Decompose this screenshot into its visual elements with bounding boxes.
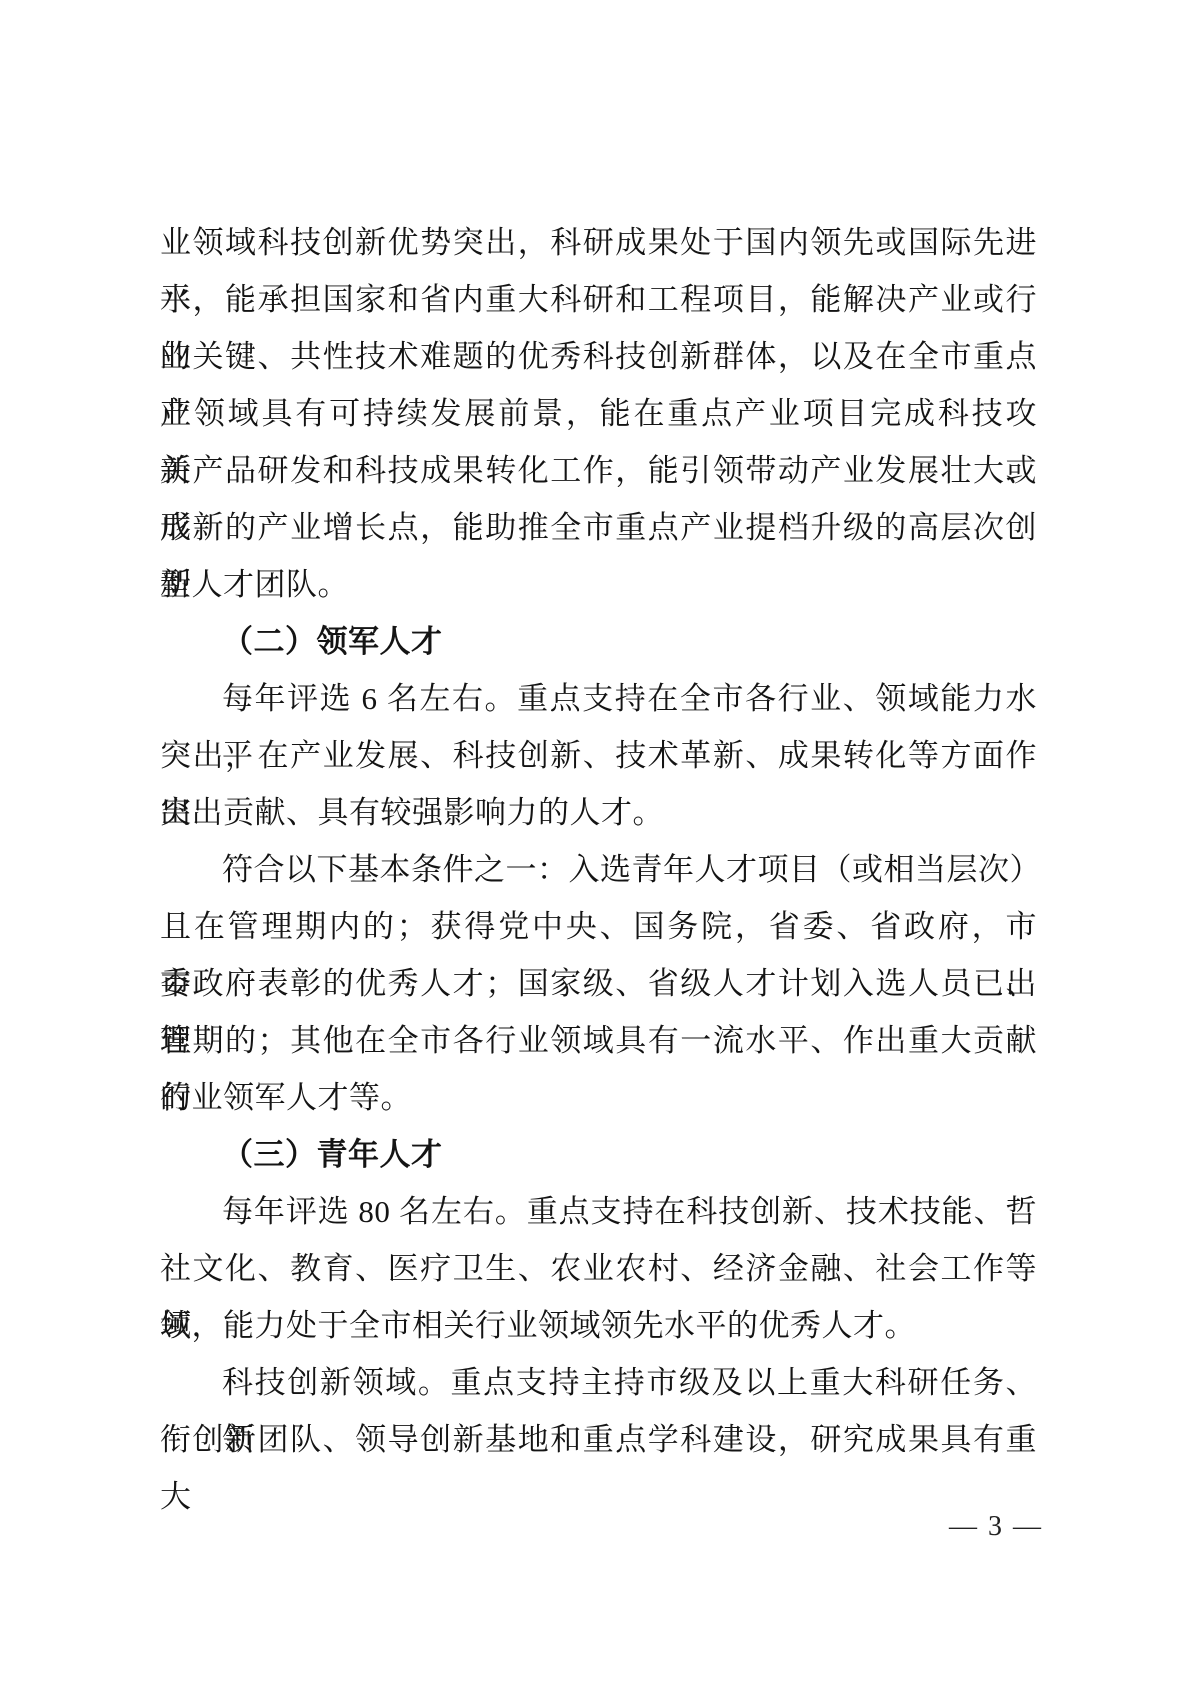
section-heading-2: （二）领军人才: [160, 613, 1037, 670]
body-line: 成新的产业增长点，能助推全市重点产业提档升级的高层次创新: [160, 499, 1037, 556]
body-line: 衔创新团队、领导创新基地和重点学科建设，研究成果具有重大: [160, 1411, 1037, 1468]
document-page: 业领域科技创新优势突出，科研成果处于国内领先或国际先进水 平，能承担国家和省内重…: [0, 0, 1191, 1684]
body-line: 科技创新领域。重点支持主持市级及以上重大科研任务、领: [160, 1354, 1037, 1411]
body-line: 理期的；其他在全市各行业领域具有一流水平、作出重大贡献的: [160, 1012, 1037, 1069]
page-number: — 3 —: [949, 1505, 1043, 1549]
section-heading-3: （三）青年人才: [160, 1126, 1037, 1183]
body-line: 行业领军人才等。: [160, 1069, 1037, 1126]
body-line: 域，能力处于全市相关行业领域领先水平的优秀人才。: [160, 1297, 1037, 1354]
body-line: 平，能承担国家和省内重大科研和工程项目，能解决产业或行业: [160, 271, 1037, 328]
document-body: 业领域科技创新优势突出，科研成果处于国内领先或国际先进水 平，能承担国家和省内重…: [160, 214, 1037, 1468]
body-line: 新产品研发和科技成果转化工作，能引领带动产业发展壮大或形: [160, 442, 1037, 499]
body-line: 每年评选 80 名左右。重点支持在科技创新、技术技能、哲: [160, 1183, 1037, 1240]
body-line: 且在管理期内的；获得党中央、国务院，省委、省政府，市委、: [160, 898, 1037, 955]
body-line: 的关键、共性技术难题的优秀科技创新群体，以及在全市重点产: [160, 328, 1037, 385]
body-line: 型人才团队。: [160, 556, 1037, 613]
body-line: 业领域具有可持续发展前景，能在重点产业项目完成科技攻关、: [160, 385, 1037, 442]
body-line: 突出，在产业发展、科技创新、技术革新、成果转化等方面作出: [160, 727, 1037, 784]
body-line: 市政府表彰的优秀人才；国家级、省级人才计划入选人员已出管: [160, 955, 1037, 1012]
body-line: 社文化、教育、医疗卫生、农业农村、经济金融、社会工作等领: [160, 1240, 1037, 1297]
body-line: 每年评选 6 名左右。重点支持在全市各行业、领域能力水平: [160, 670, 1037, 727]
body-line: 突出贡献、具有较强影响力的人才。: [160, 784, 1037, 841]
body-line: 符合以下基本条件之一：入选青年人才项目（或相当层次）: [160, 841, 1037, 898]
body-line: 业领域科技创新优势突出，科研成果处于国内领先或国际先进水: [160, 214, 1037, 271]
